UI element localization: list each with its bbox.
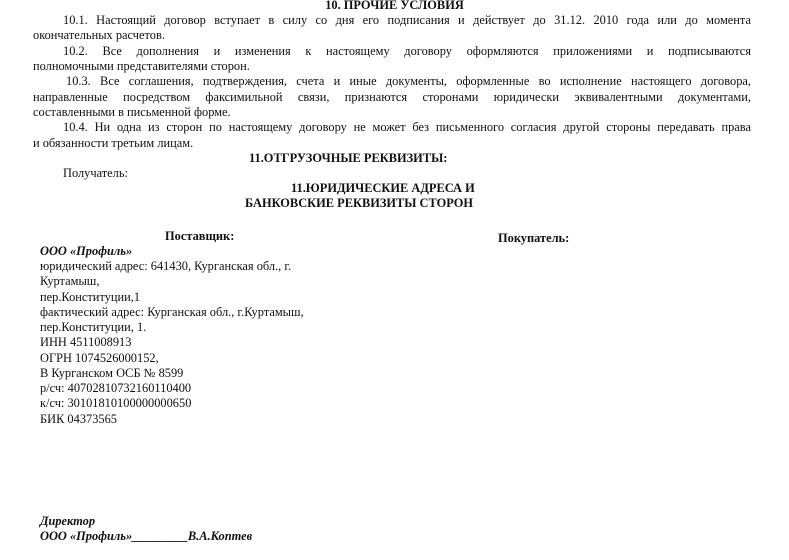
clause-10-2-line-2: полномочными представителями сторон. — [33, 59, 250, 74]
supplier-detail-line: В Курганском ОСБ № 8599 — [40, 366, 183, 381]
clause-10-1-line-1: 10.1. Настоящий договор вступает в силу … — [63, 13, 751, 28]
buyer-label: Покупатель: — [498, 231, 569, 246]
supplier-detail-line: ОГРН 1074526000152, — [40, 351, 159, 366]
signature-title: Директор — [40, 514, 95, 529]
clause-10-3-line-1: 10.3. Все соглашения, подтверждения, сче… — [66, 74, 751, 89]
supplier-detail-line: ИНН 4511008913 — [40, 335, 131, 350]
section-10-heading: 10. ПРОЧИЕ УСЛОВИЯ — [0, 0, 789, 13]
clause-10-2-line-1: 10.2. Все дополнения и изменения к насто… — [63, 44, 751, 59]
section-11-legal-heading-line-2: БАНКОВСКИЕ РЕКВИЗИТЫ СТОРОН — [245, 196, 473, 211]
supplier-detail-line: юридический адрес: 641430, Курганская об… — [40, 259, 291, 274]
recipient-label: Получатель: — [63, 166, 128, 181]
section-11-shipping-heading: 11.ОТГРУЗОЧНЫЕ РЕКВИЗИТЫ: — [249, 151, 447, 166]
supplier-detail-line: р/сч: 40702810732160110400 — [40, 381, 191, 396]
supplier-label: Поставщик: — [165, 229, 234, 244]
clause-10-3-line-3: составленными в письменной форме. — [33, 105, 231, 120]
supplier-detail-line: к/сч: 30101810100000000650 — [40, 396, 191, 411]
clause-10-3-line-2: направленные посредством факсимильной св… — [33, 90, 751, 105]
supplier-detail-line: фактический адрес: Курганская обл., г.Ку… — [40, 305, 304, 320]
clause-10-4-line-2: и обязанности третьим лицам. — [33, 136, 193, 151]
section-11-legal-heading-line-1: 11.ЮРИДИЧЕСКИЕ АДРЕСА И — [291, 181, 475, 196]
supplier-name: ООО «Профиль» — [40, 244, 132, 259]
supplier-detail-line: пер.Конституции, 1. — [40, 320, 146, 335]
supplier-detail-line: пер.Конституции,1 — [40, 290, 140, 305]
clause-10-1-line-2: окончательных расчетов. — [33, 28, 165, 43]
supplier-detail-line: Куртамыш, — [40, 274, 99, 289]
clause-10-4-line-1: 10.4. Ни одна из сторон по настоящему до… — [63, 120, 751, 135]
signature-line: ООО «Профиль»_________В.А.Коптев — [40, 529, 252, 544]
supplier-detail-line: БИК 04373565 — [40, 412, 117, 427]
